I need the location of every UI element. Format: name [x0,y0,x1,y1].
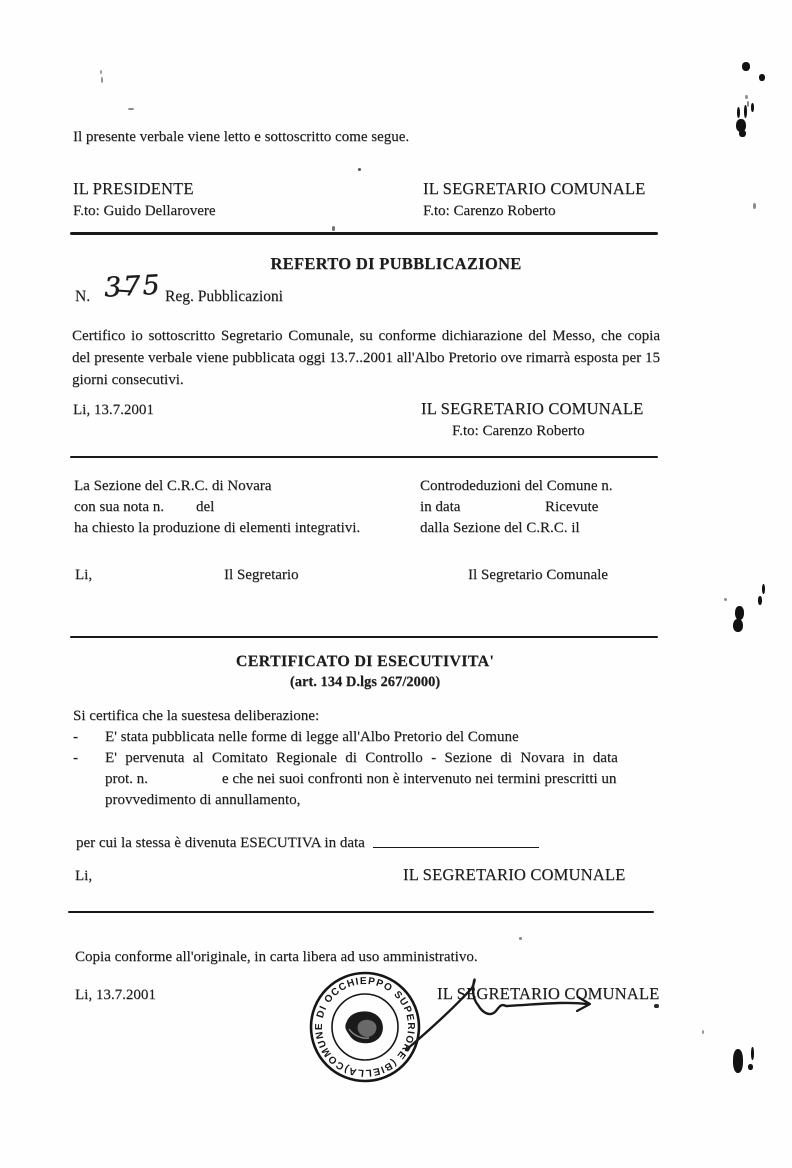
ink-speck [747,101,749,107]
ink-speck [654,1004,659,1008]
ink-speck [332,226,335,231]
ink-speck [737,107,740,118]
executive-date-line: per cui la stessa è divenuta ESECUTIVA i… [76,832,539,854]
referto-place-date: Li, 13.7.2001 [73,400,154,421]
ink-speck [735,606,744,620]
bullet1-text: E' stata pubblicata nelle forme di legge… [105,727,519,748]
ink-speck [101,77,103,83]
certificato-intro: Si certifica che la suestesa deliberazio… [73,706,319,727]
crc-right-line2: in data Ricevute [420,497,620,518]
crc-secretary-label: Il Segretario [224,565,299,586]
divider-line-2 [70,456,658,458]
crc-left-column: La Sezione del C.R.C. di Novara con sua … [74,476,404,539]
bullet-dash: - [73,748,105,811]
handwritten-reg-number: 375 [104,271,162,302]
crc-ricevute-label: Ricevute [545,497,598,518]
ink-speck [100,70,102,74]
secretary-title: IL SEGRETARIO COMUNALE [423,179,645,199]
crc-municipal-secretary-label: Il Segretario Comunale [468,565,608,586]
ink-speck [758,596,762,605]
date-blank-line [373,833,539,848]
crc-del-label: del [196,499,214,515]
certify-paragraph: Certifico io sottoscritto Segretario Com… [72,325,660,391]
divider-line-3 [70,636,658,638]
referto-secretary-title: IL SEGRETARIO COMUNALE [421,399,643,419]
certificato-secretary-title: IL SEGRETARIO COMUNALE [403,865,625,885]
crc-right-column: Controdeduzioni del Comune n. in data Ri… [420,476,620,539]
ink-speck [519,937,522,940]
ink-speck [753,203,756,209]
executive-date-text: per cui la stessa è divenuta ESECUTIVA i… [76,835,365,851]
bullet2-body: E' pervenuta al Comitato Regionale di Co… [105,748,618,811]
intro-line: Il presente verbale viene letto e sottos… [73,127,409,148]
ink-speck [762,584,765,594]
certificato-subheading: (art. 134 D.lgs 267/2000) [72,674,658,691]
ink-speck [759,74,765,81]
bullet2-line2-text: e che nei suoi confronti non è intervenu… [222,771,616,787]
bullet2-line1: E' pervenuta al Comitato Regionale di Co… [105,748,618,769]
secretary-name: F.to: Carenzo Roberto [423,201,556,222]
prot-n-label: prot. n. [105,771,148,787]
ink-speck [748,1064,753,1070]
ink-speck [751,1047,754,1060]
crc-place-label: Li, [75,565,92,586]
bullet-item-1: - E' stata pubblicata nelle forme di leg… [73,727,659,748]
coat-of-arms [345,1011,383,1043]
crc-nota-label: con sua nota n. [74,499,164,515]
crc-left-line2: con sua nota n.del [74,497,404,518]
ink-speck [733,1049,743,1073]
president-title: IL PRESIDENTE [73,179,194,199]
divider-line-4 [68,911,654,913]
crc-right-line1: Controdeduzioni del Comune n. [420,476,620,497]
president-name: F.to: Guido Dellarovere [73,201,216,222]
ink-speck [733,619,743,632]
crc-right-line3: dalla Sezione del C.R.C. il [420,518,620,539]
divider-line-1 [70,232,658,235]
certificato-heading: CERTIFICATO DI ESECUTIVITA' [72,653,658,671]
crc-left-line1: La Sezione del C.R.C. di Novara [74,476,404,497]
crc-left-line3: ha chiesto la produzione di elementi int… [74,518,404,539]
ink-speck [742,62,750,71]
copy-statement: Copia conforme all'originale, in carta l… [75,947,478,968]
bullet2-line3: provvedimento di annullamento, [105,790,618,811]
reg-number-label: N. [75,286,90,307]
crc-indata-label: in data [420,499,460,515]
scanned-document-page: Il presente verbale viene letto e sottos… [0,0,792,1168]
bullet-dash: - [73,727,105,748]
ink-speck [724,598,727,601]
ink-speck [739,130,746,137]
ink-speck [128,108,134,110]
ink-speck [702,1030,704,1034]
certificato-place-label: Li, [75,866,92,887]
signature-scrawl [390,970,680,1065]
ink-speck [744,105,747,118]
bullet-item-2: - E' pervenuta al Comitato Regionale di … [73,748,659,811]
bullet2-line2: prot. n.e che nei suoi confronti non è i… [105,769,618,790]
referto-secretary-name: F.to: Carenzo Roberto [452,421,585,442]
ink-speck [745,95,748,99]
reg-label: Reg. Pubblicazioni [165,286,283,307]
ink-speck [751,103,754,112]
footer-place-date: Li, 13.7.2001 [75,985,156,1006]
ink-speck [358,168,361,171]
